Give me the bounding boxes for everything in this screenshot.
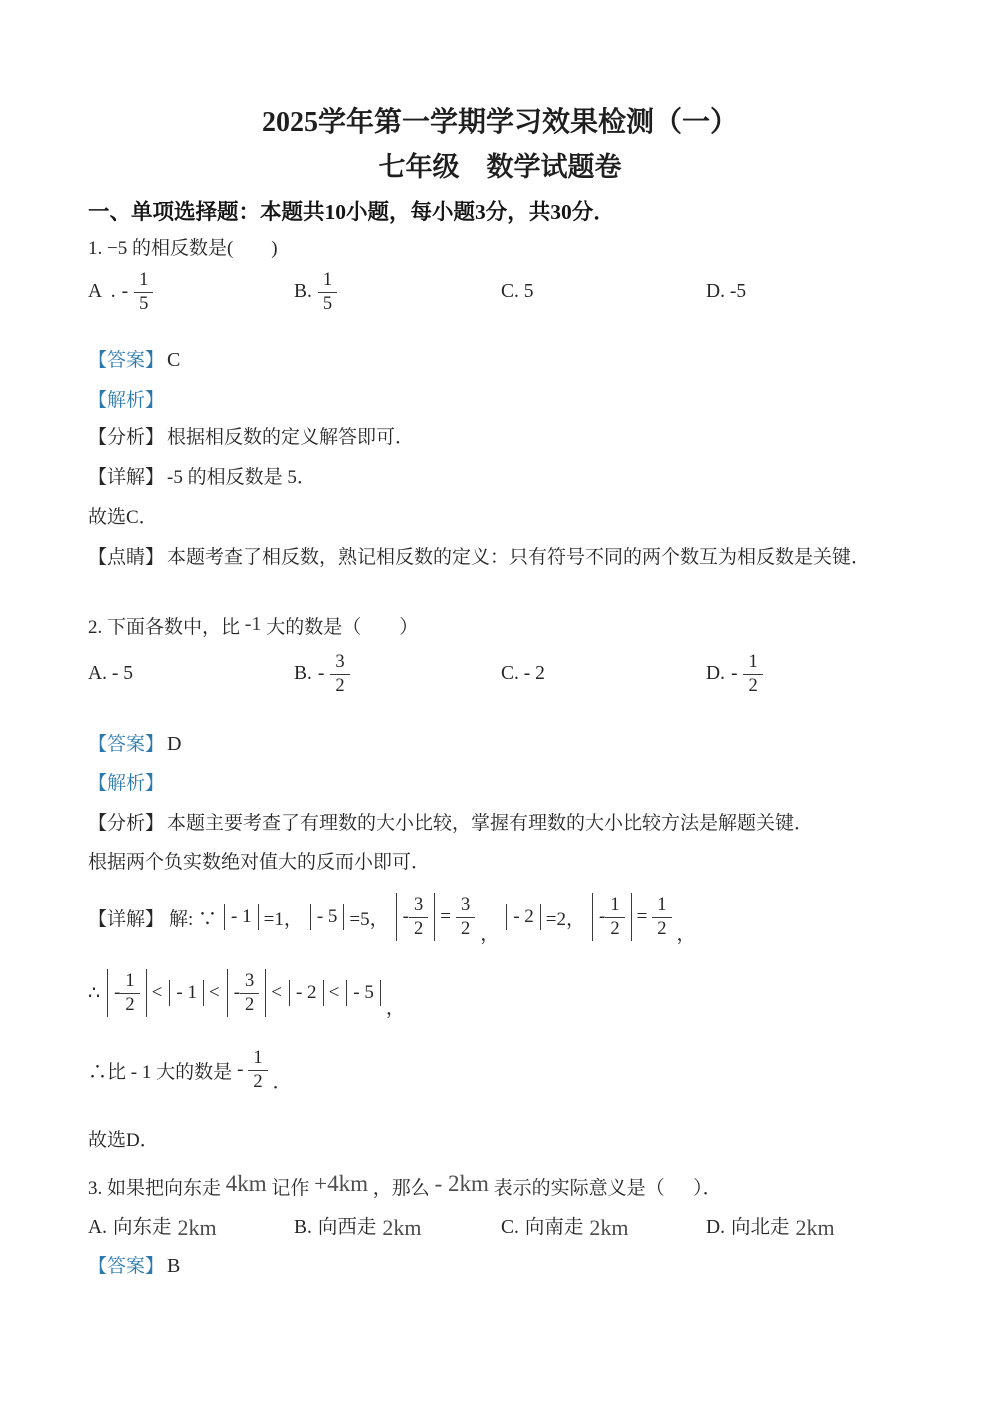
option-unit: 2km [382,1213,421,1243]
fraction-sign: - [731,663,738,685]
q3-stem-mid2: ，那么 [373,1178,430,1199]
fraction-sign: - [122,281,129,303]
q2-options: A. - 5 B. - 3 2 C. - 2 D. - 1 2 [88,645,960,703]
q1-dianjing-line: 【点睛】本题考查了相反数，熟记相反数的定义：只有符号不同的两个数互为相反数是关键… [88,545,910,571]
fraction-numerator: 1 [743,652,762,675]
answer-value: B [167,1255,180,1277]
fraction: 1 5 [318,270,337,314]
q2-guxuan-line: 故选D． [88,1128,910,1154]
section-header: 一、单项选择题：本题共10小题，每小题3分，共30分． [88,197,910,227]
q3-math-plus4km: +4km [314,1171,368,1196]
q2-compare-line: ∴ - 12 < - 1 < - 32 < - 2 < - 5 ， [88,962,1000,1024]
q1-jiexi-line: 【解析】 [88,388,910,414]
q2-conclude-line: ∴比 - 1 大的数是 - 12 ． [88,1042,1000,1098]
option-label: B. [294,281,312,303]
option-label: C. [501,1213,519,1243]
abs-group: - 12 [592,893,632,941]
option-text: 向北走 [731,1213,790,1243]
answer-value: C [167,349,180,371]
q2-option-b: B. - 3 2 [294,652,501,696]
fenxi-text: 根据相反数的定义解答即可． [167,427,414,448]
fraction-numerator: 1 [318,270,337,293]
dianjing-text: 本题考查了相反数，熟记相反数的定义：只有符号不同的两个数互为相反数是关键． [167,547,870,568]
fraction: 1 5 [134,270,153,314]
q3-math-4km: 4km [226,1171,267,1196]
q3-option-d: D. 向北走 2km [706,1213,960,1243]
fraction-sign: - [318,663,325,685]
option-text: 向南走 [525,1213,584,1243]
option-text: 向东走 [113,1213,172,1243]
q2-answer-line: 【答案】D [88,731,910,758]
option-label: D. [706,1213,725,1243]
answer-value: D [167,733,181,755]
therefore-symbol: ∴ [88,982,100,1005]
abs-group: - 32 [396,893,436,941]
fraction-numerator: 3 [330,652,349,675]
exam-paper-page: 2025学年第一学期学习效果检测（一） 七年级 数学试题卷 一、单项选择题：本题… [0,0,1000,1414]
q3-stem-suffix: 表示的实际意义是（ ）． [494,1178,722,1199]
q2-fenxi-line2: 根据两个负实数绝对值大的反而小即可． [88,850,910,876]
conclude-text: ∴比 - 1 大的数是 [88,1057,232,1084]
q3-option-a: A. 向东走 2km [88,1213,294,1243]
q1-guxuan-line: 故选C． [88,505,910,531]
fraction-denominator: 5 [318,293,337,315]
option-label: B. [294,663,312,685]
option-unit: 2km [177,1213,216,1243]
q2-stem: 2. 下面各数中，比 -1 大的数是（ ） [88,609,910,643]
fraction: 32 [409,895,428,939]
xiangjie-text: -5 的相反数是 5． [167,467,316,488]
fraction: 32 [240,971,259,1015]
q2-stem-math: -1 [245,613,262,635]
abs-group: - 2 [289,980,324,1006]
abs-group: - 1 [224,904,259,930]
q1-option-d: D. -5 [706,281,960,303]
fraction-numerator: 1 [134,270,153,293]
q1-option-c: C. 5 [501,281,706,303]
q2-option-c: C. - 2 [501,663,706,685]
q2-detail-line: 【详解】 解: ∵ - 1 =1， - 5 =5， - 32 = 32 ， - … [88,884,1000,950]
q3-math-minus2km: - 2km [435,1171,489,1196]
answer-tag: 【答案】 [88,1256,164,1277]
jiexi-tag: 【解析】 [88,390,164,411]
q1-options: A . - 1 5 B. 1 5 C. 5 D. -5 [88,263,960,321]
detail-eq: =5， [349,904,388,931]
comma: ， [677,919,696,950]
fraction: 1 2 [743,652,762,696]
fraction: 32 [456,895,475,939]
less-than: < [152,982,163,1004]
q1-option-a: A . - 1 5 [88,270,294,314]
q2-stem-suffix: 大的数是（ ） [266,617,418,638]
detail-eq: = [637,906,648,928]
q2-option-d: D. - 1 2 [706,652,960,696]
q3-answer-line: 【答案】B [88,1253,910,1280]
comma: ， [480,919,499,950]
less-than: < [271,982,282,1004]
abs-group: - 1 [169,980,204,1006]
detail-eq: = [440,906,451,928]
period: ． [273,1067,292,1098]
option-text: 向西走 [318,1213,377,1243]
option-label: D. [706,663,725,685]
option-label: A. [88,1213,107,1243]
fenxi-tag: 【分析】 [88,813,164,834]
page-subtitle: 七年级 数学试题卷 [0,147,1000,187]
q3-stem: 3. 如果把向东走 4km 记作 +4km ，那么 - 2km 表示的实际意义是… [88,1168,910,1205]
fraction-denominator: 2 [743,675,762,697]
q1-option-b: B. 1 5 [294,270,501,314]
fraction-denominator: 2 [330,675,349,697]
q2-fenxi-line: 【分析】本题主要考查了有理数的大小比较，掌握有理数的大小比较方法是解题关键． [88,811,910,837]
answer-tag: 【答案】 [88,734,164,755]
q3-option-b: B. 向西走 2km [294,1213,501,1243]
option-label: C. - 2 [501,663,545,685]
xiangjie-tag: 【详解】 [88,467,164,488]
abs-group: - 32 [227,969,267,1017]
fraction: 3 2 [330,652,349,696]
detail-intro: 解: ∵ [169,904,217,931]
option-label: A . [88,281,116,303]
less-than: < [209,982,220,1004]
jiexi-tag: 【解析】 [88,773,164,794]
dianjing-tag: 【点睛】 [88,547,164,568]
abs-group: - 5 [310,904,345,930]
q3-options: A. 向东走 2km B. 向西走 2km C. 向南走 2km D. 向北走 … [88,1213,960,1243]
answer-tag: 【答案】 [88,350,164,371]
q3-option-c: C. 向南走 2km [501,1213,706,1243]
q2-option-a: A. - 5 [88,663,294,685]
abs-group: - 12 [107,969,147,1017]
less-than: < [329,982,340,1004]
q3-stem-mid1: 记作 [271,1178,309,1199]
fraction-denominator: 5 [134,293,153,315]
option-unit: 2km [589,1213,628,1243]
xiangjie-tag: 【详解】 [88,904,164,931]
option-label: C. 5 [501,281,534,303]
fenxi-tag: 【分析】 [88,427,164,448]
fraction-sign: - [237,1059,243,1081]
q2-jiexi-line: 【解析】 [88,771,910,797]
fraction: 12 [248,1048,267,1092]
abs-group: - 5 [346,980,381,1006]
abs-group: - 2 [506,904,541,930]
q1-xiangjie-line: 【详解】-5 的相反数是 5． [88,465,910,491]
fraction: 12 [120,971,139,1015]
q1-stem: 1. −5 的相反数是( ) [88,235,910,263]
option-label: A. - 5 [88,663,133,685]
detail-eq: =1， [264,904,303,931]
q1-fenxi-line: 【分析】根据相反数的定义解答即可． [88,425,910,451]
fraction: 12 [605,895,624,939]
q3-stem-prefix: 3. 如果把向东走 [88,1178,221,1199]
option-label: D. -5 [706,281,746,303]
q2-stem-prefix: 2. 下面各数中，比 [88,617,240,638]
q1-answer-line: 【答案】C [88,347,910,374]
detail-eq: =2， [546,904,585,931]
page-title: 2025学年第一学期学习效果检测（一） [0,103,1000,143]
fenxi-text: 本题主要考查了有理数的大小比较，掌握有理数的大小比较方法是解题关键． [167,813,813,834]
comma: ， [386,993,405,1024]
option-label: B. [294,1213,312,1243]
option-unit: 2km [795,1213,834,1243]
fraction: 12 [652,895,671,939]
